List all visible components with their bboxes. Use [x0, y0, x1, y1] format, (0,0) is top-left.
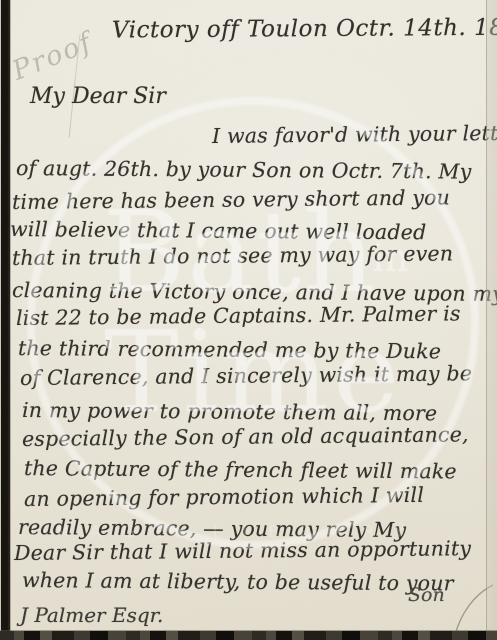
letter-line: in my power to promote them all, more	[22, 398, 437, 425]
letter-line: when I am at liberty, to be useful to yo…	[22, 568, 454, 595]
pencil-proof-note: Proof	[8, 27, 97, 87]
letter-addressee: J Palmer Esqr.	[20, 603, 163, 627]
letter-closing-word: Son	[408, 584, 445, 606]
letter-line: of augt. 26th. by your Son on Octr. 7th.…	[16, 156, 472, 184]
letter-line: time here has been so very short and you	[12, 185, 450, 214]
letter-line: of Clarence, and I sincerely wish it may…	[20, 361, 472, 390]
letter-salutation: My Dear Sir	[30, 84, 166, 109]
scan-edge-bottom	[0, 631, 497, 640]
letter-line: the third recommended me by the Duke	[18, 336, 441, 363]
letter-line: an opening for promotion which I will	[24, 483, 424, 511]
letter-line: list 22 to be made Captains. Mr. Palmer …	[16, 301, 461, 330]
letter-line: I was favor'd with your letter	[212, 121, 497, 148]
letter-line: the Capture of the french fleet will mak…	[24, 456, 457, 483]
letter-line: Dear Sir that I will not miss an opportu…	[14, 536, 471, 565]
page-edge-right	[486, 0, 497, 640]
letter-line: that in truth I do not see my way for ev…	[12, 241, 453, 270]
letter-line: will believe that I came out well loaded	[10, 217, 427, 244]
letter-line: especially the Son of an old acquaintanc…	[22, 422, 469, 451]
scan-edge-left	[0, 0, 11, 640]
letter-dateline: Victory off Toulon Octr. 14th. 1803	[112, 15, 497, 44]
letter-page: Proof Victory off Toulon Octr. 14th. 180…	[0, 0, 497, 640]
